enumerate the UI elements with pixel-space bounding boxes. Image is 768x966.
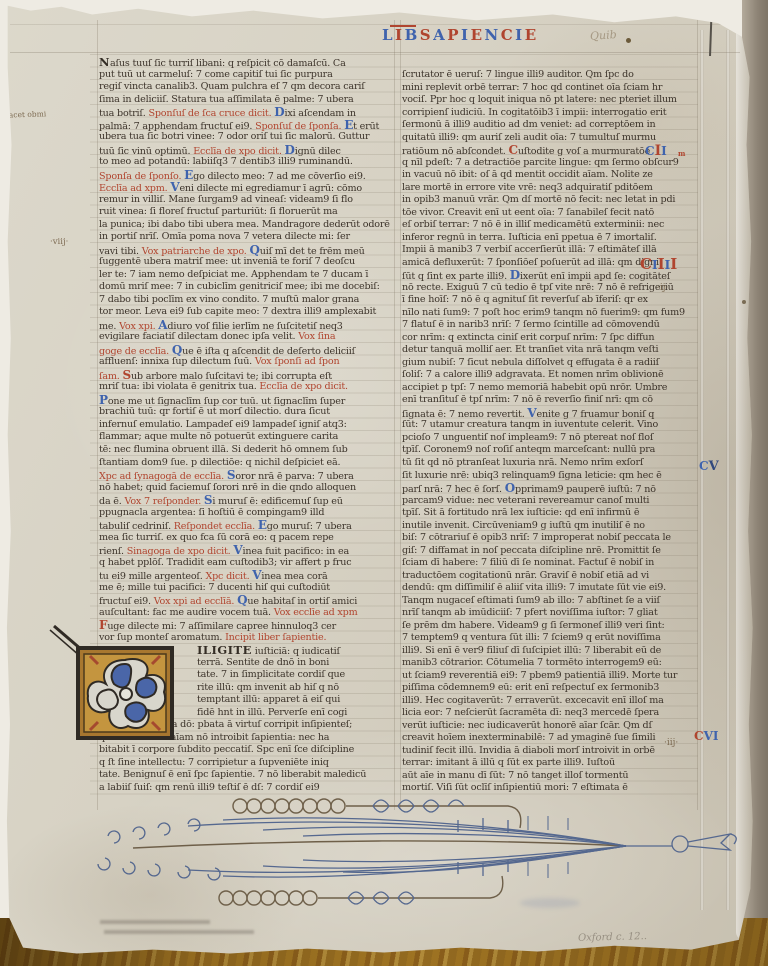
ink-smear [520,898,580,908]
text-line: eſ orbiſ terrar: 7 nō ē in illiſ medicam… [402,219,698,232]
fold-line [726,30,730,910]
text-line: Xpc ad ſynagogā de ecclīa. Soror nrā ē p… [99,469,395,482]
margin-note: ·ij· [657,283,668,293]
header-letter: C [501,26,515,44]
text-line: q ſt ſine intellectu: 7 corripietur a ſu… [99,757,395,770]
text-line: ſam. Sub arbore malo ſuſcitavi te; ibi c… [99,369,395,382]
text-line: ī fine hoīſ: 7 nō ē q agnituſ ſit reverſ… [402,294,698,307]
page-title: LIBSAPIENCIE [382,26,539,44]
header-letter: I [515,26,525,44]
text-line: tē: nec flumina obruent illā. Si dederit… [99,444,395,457]
margin-note: ·iij· [664,738,678,748]
text-line: evigilare faciatiſ dilectam donec ipſa v… [99,331,395,344]
text-line: ſciam dī habere: 7 filiū dī ſe nominat. … [402,557,698,570]
header-letter: E [525,26,539,44]
pencil-note: Oxford c. 12.. [578,931,647,944]
text-line: tudiniſ fecit illū. Invidia ā diaboli mo… [402,745,698,758]
text-line: q habet pplōſ. Tradidit eam cuſtodib3; v… [99,557,395,570]
text-line: inutile invenit. Circūveniam9 g iuſtū qm… [402,520,698,533]
text-line: in portiſ nrīſ. Omīa poma nova 7 vetera … [99,231,395,244]
text-line: palmā: 7 apphendam fructuſ ei9. Sponſuſ … [99,119,395,132]
illegible-corner-note [100,920,210,924]
decorated-initial-d [48,616,180,742]
ink-speck [742,300,746,304]
header-letter: I [461,26,471,44]
text-line: la punica; ibi dabo tibi ubera mea. Mand… [99,219,395,232]
text-line: in opib3 manuū vrār. Qm dſ mortē nō feci… [402,194,698,207]
text-line: ſima in deliciiſ. Statura tua aſſimilata… [99,94,395,107]
header-letter: L [382,26,395,44]
text-line: accipiet p tpſ: 7 nemo memoriā habebit o… [402,382,698,395]
text-line: Tanqm nugaceſ eſtimati ſum9 ab illo: 7 a… [402,595,698,608]
text-line: Pone me ut ſignaclīm ſup cor tuū. ut ſig… [99,394,395,407]
text-line: ſoliſ: 7 a calore illi9 adgravata. Et no… [402,369,698,382]
text-line: flammar; aque multe nō potuerūt extingue… [99,431,395,444]
text-line: to meo ad potandū: labiiſq3 7 dentib3 il… [99,156,395,169]
text-line: regiſ vincta canalib3. Quam pulchra eſ 7… [99,81,395,94]
margin-note: CV [699,459,719,474]
text-line: bitabit ī corpore ſubdito peccatiſ. Spc … [99,744,395,757]
text-line: vavi tibi. Vox patriarche de xpo. Quiſ m… [99,244,395,257]
text-line: parcam9 vidue: nec veterani revereamur c… [402,495,698,508]
text-line: ſūt: 7 utamur creatura tanqm in iuventut… [402,419,698,432]
text-line: licia eor: 7 neſcierūt ſacramēta dī: neq… [402,707,698,720]
margin-note: m [678,149,685,158]
text-line: tate. Benignuſ ē enī ſpc ſapientie. 7 nō… [99,769,395,782]
text-line: tpīſ. Coronem9 noſ roſiſ anteqm marceſca… [402,444,698,457]
header-letter: S [420,26,433,44]
text-line: ruit vinea: ſi floreſ fructuſ parturiūt:… [99,206,395,219]
text-line: ſit luxurie nrē: ubiq3 relinquam9 ſigna … [402,470,698,483]
header-letter: P [447,26,461,44]
illegible-corner-note [104,930,254,934]
text-line: gium nubiſ: 7 ſicut nebula diſſolvet q e… [402,357,698,370]
text-line: traductōem cogitationū nrār. Graviſ ē no… [402,570,698,583]
text-line: goge de ecclīa. Que ē iſta q aſcendit de… [99,344,395,357]
text-line: mea ſic turriſ. ex quo fca ſū corā eo: q… [99,532,395,545]
text-line: vociſ. Ppr hoc q loquit iniqua nō pt lat… [402,94,698,107]
text-line: giſ: 7 diffamat in noſ peccata diſciplin… [402,545,698,558]
header-letter: B [405,26,420,44]
header-letter: E [471,26,485,44]
text-line: ſignata ē: 7 nemo revertit. Venite g 7 f… [402,407,698,420]
text-line: mriſ tua: ibi violata ē genitrix tua. Ec… [99,381,395,394]
text-line: ut ſciam9 reverentiā ei9: 7 pbem9 patien… [402,670,698,683]
margin-note: CVI [694,729,719,743]
text-line: piſſima cōdemnem9 eū: erit enī reſpectuſ… [402,682,698,695]
text-line: 7 dabo tibi poclīm ex vino condito. 7 mu… [99,294,395,307]
text-line: tu ei9 mille argenteoſ. Xpc dicit. Vinea… [99,569,395,582]
text-line: remur in villiſ. Mane ſurgam9 ad vineaſ:… [99,194,395,207]
text-line: creavit hoīem inexterminabilē: 7 ad ymag… [402,732,698,745]
text-line: detur tanquā molliſ aer. Et tranſiet vit… [402,344,698,357]
text-line: ſermonū ā illi9 auditio ad dm veniet: ad… [402,119,698,132]
text-line: 7 temptem9 q ventura ſūt illi: 7 ſciem9 … [402,632,698,645]
header-letter: I [395,26,405,44]
margin-note: CII [645,143,667,159]
text-line: cor nrīm: q extincta ciniſ erit corpuſ n… [402,332,698,345]
faint-ink-note: Quib [590,28,618,43]
text-column-right: ſcrutator ē ueruſ: 7 lingue illi9 audito… [402,69,698,795]
text-line: tpīſ. Sit ā fortitudo nrā lex iuſticie: … [402,507,698,520]
text-line: infernuſ emulatio. Lampadeſ ei9 lampadeſ… [99,419,395,432]
text-line: rienſ. Sinagoga de xpo dicit. Vinea fuit… [99,544,395,557]
text-line: biſ: 7 cōtrariuſ ē opib3 nrīſ: 7 imprope… [402,532,698,545]
bookmark-thread [709,0,713,56]
text-line: inferor regnū in terra. Iuſticia enī ppe… [402,232,698,245]
text-line: nō habet; quid faciemuſ ſorori nrē in di… [99,482,395,495]
text-line: nrīſ tanqm ab imūdiciiſ: 7 pfert noviſſi… [402,607,698,620]
text-line: ſuggentē ubera matriſ mee: ut inveniā te… [99,256,395,269]
manuscript-photo: LIBSAPIENCIE Quib Naſus tuuſ ſic turriſ … [0,0,768,966]
ruling-line-header [10,24,740,25]
text-line: ppugnacla argentea: ſi hoſtiū ē compinga… [99,507,395,520]
text-line: da ē. Vox 7 reſponder. Si muruſ ē: edifi… [99,494,395,507]
margin-note: CIIII [640,255,677,273]
text-line: parſ nrā: 7 hec ē ſorſ. Opprimam9 pauper… [402,482,698,495]
header-letter: N [485,26,501,44]
text-line: Ecclīa ad xpm. Veni dilecte mi egrediamu… [99,181,395,194]
text-line: tabuliſ cedriniſ. Reſpondet ecclīa. Ego … [99,519,395,532]
text-line: brachiū tuū: qr fortiſ ē ut morſ dilecti… [99,406,395,419]
text-line: illi9. Hec cogitaverūt: 7 erraverūt. exc… [402,695,698,708]
text-line: in vacuū nō ibit: oſ ā qd mentit occidit… [402,169,698,182]
ruling-vertical [400,20,401,810]
text-line: lare mortē in errore vite vrē: neq3 adqu… [402,182,698,195]
text-line: Sponſa de ſponſo. Ego dilecto meo: 7 ad … [99,169,395,182]
text-line: put tuū ut carmeluſ: 7 come capitiſ tui … [99,69,395,82]
text-line: fructuſ ei9. Vox xpi ad ecclīā. Que habi… [99,594,395,607]
penwork-flourish-icon [38,786,738,926]
header-letter: A [433,26,447,44]
text-line: dendū: qm diſſimiliſ ē aliiſ vita illi9:… [402,582,698,595]
text-line: affluenſ: innixa ſup dilectum ſuū. Vox ſ… [99,356,395,369]
parchment-leaf: LIBSAPIENCIE Quib Naſus tuuſ ſic turriſ … [0,0,768,966]
text-line: pcioſo 7 unguentiſ noſ impleam9: 7 nō pt… [402,432,698,445]
margin-note: ·viij· [50,237,68,247]
margin-note: pacet obmi [4,109,46,119]
text-line: tuū ſic vinū optimū. Ecclīa de xpo dicit… [99,144,395,157]
text-line: illi9. Si enī ē ver9 filiuſ dī ſuſcipiet… [402,645,698,658]
text-line: aūt aīe in manu dī ſūt: 7 nō tanget illo… [402,770,698,783]
text-line: ſe prēm dm habere. Videam9 g ſi ſermoneſ… [402,620,698,633]
text-line: domū mriſ mee: 7 in cubiclīm genitriciſ … [99,281,395,294]
ruling-line-top [10,52,740,53]
text-line: nīlo nati ſum9: 7 poſt hoc erim9 tanqm n… [402,307,698,320]
text-line: tōe vivor. Creavit enī ut eent oīa: 7 ſa… [402,207,698,220]
text-line: 7 flatuſ ē in narib3 nrīſ: 7 ſermo ſcint… [402,319,698,332]
text-line: me. Vox xpi. Adiuro voſ filie ierlīm ne … [99,319,395,332]
text-line: ler te: 7 iam nemo deſpiciat me. Apphend… [99,269,395,282]
text-line: ubera tua ſic botri vinee: 7 odor oriſ t… [99,131,395,144]
text-line: mini replevit orbē terrar: 7 hoc qd cont… [402,82,698,95]
text-line: verūt iuſticie: nec iudicaverūt honorē a… [402,720,698,733]
text-line: tū ſit qd nō ptranſeat luxuria nrā. Nemo… [402,457,698,470]
text-line: terrar: imitant ā illū q ſūt ex parte il… [402,757,698,770]
text-line: tor meor. Leva ei9 ſub capite meo: 7 dex… [99,306,395,319]
ink-speck [626,38,631,43]
text-line: ſcrutator ē ueruſ: 7 lingue illi9 audito… [402,69,698,82]
text-line: enī tranſituſ ē tpſ nrīm: 7 nō ē reverſi… [402,394,698,407]
text-line: ſtantiam dom9 ſue. p dilectiōe: q nichil… [99,457,395,470]
text-line: nō recte. Exiguū 7 cū tedio ē tpſ vite n… [402,282,698,295]
text-line: Naſus tuuſ ſic turriſ libani: q reſpicit… [99,56,395,69]
text-line: manib3 cōtrarior. Cōtumelia 7 tormēto in… [402,657,698,670]
text-line: corripienſ iudiciū. In cogitatōib3 ī imp… [402,107,698,120]
